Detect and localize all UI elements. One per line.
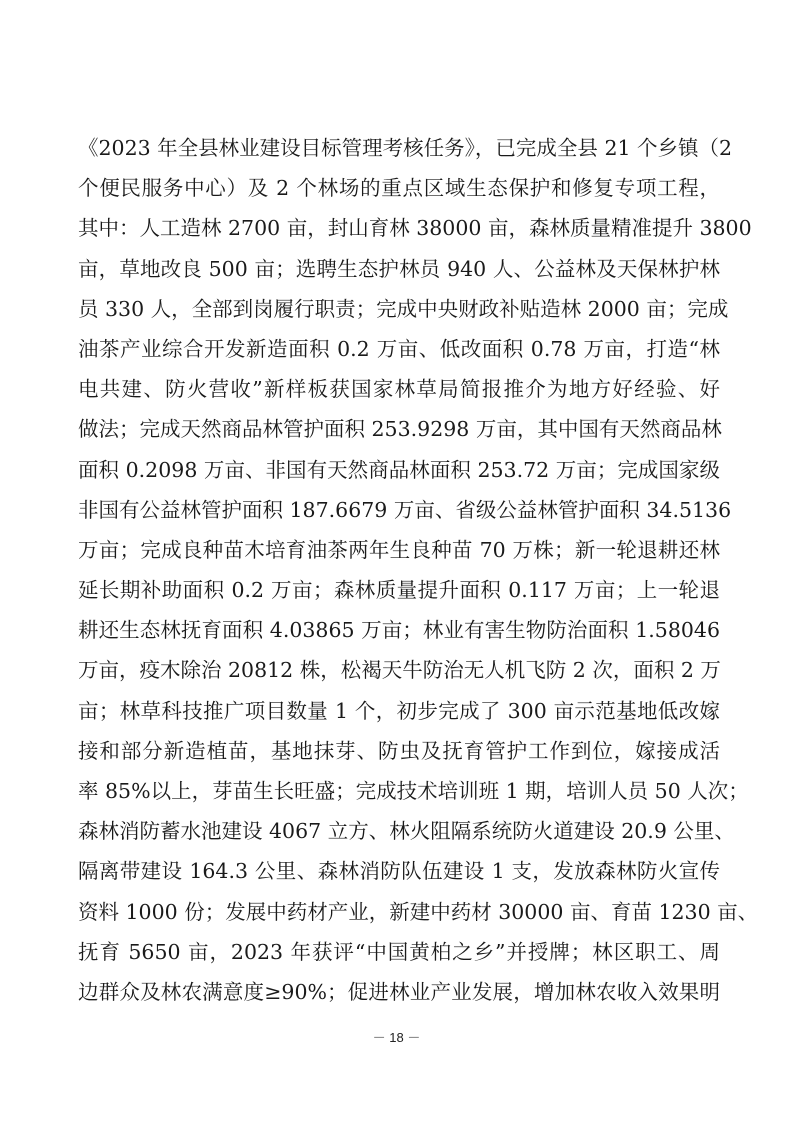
text-line: 油茶产业综合开发新造面积 0.2 万亩、低改面积 0.78 万亩，打造“林: [78, 329, 720, 369]
text-line: 边群众及林农满意度≥90%；促进林业产业发展，增加林农收入效果明: [78, 972, 720, 1012]
text-line: 员 330 人，全部到岗履行职责；完成中央财政补贴造林 2000 亩；完成: [78, 289, 720, 329]
text-line: 亩，草地改良 500 亩；选聘生态护林员 940 人、公益林及天保林护林: [78, 249, 720, 289]
text-line: 隔离带建设 164.3 公里、森林消防队伍建设 1 支，发放森林防火宣传: [78, 851, 720, 891]
body-paragraph: 《2023 年全县林业建设目标管理考核任务》，已完成全县 21 个乡镇（2 个便…: [78, 128, 720, 1012]
text-line: 电共建、防火营收”新样板获国家林草局简报推介为地方好经验、好: [78, 369, 720, 409]
text-line: 其中：人工造林 2700 亩，封山育林 38000 亩，森林质量精准提升 380…: [78, 208, 720, 248]
text-line: 亩；林草科技推广项目数量 1 个，初步完成了 300 亩示范基地低改嫁: [78, 691, 720, 731]
text-line: 资料 1000 份；发展中药材产业，新建中药材 30000 亩、育苗 1230 …: [78, 892, 720, 932]
text-line: 万亩，疫木除治 20812 株，松褐天牛防治无人机飞防 2 次，面积 2 万: [78, 650, 720, 690]
text-line: 接和部分新造植苗，基地抹芽、防虫及抚育管护工作到位，嫁接成活: [78, 731, 720, 771]
text-line: 率 85%以上，芽苗生长旺盛；完成技术培训班 1 期，培训人员 50 人次；: [78, 771, 720, 811]
text-line: 延长期补助面积 0.2 万亩；森林质量提升面积 0.117 万亩；上一轮退: [78, 570, 720, 610]
text-line: 森林消防蓄水池建设 4067 立方、林火阻隔系统防火道建设 20.9 公里、: [78, 811, 720, 851]
text-line: 非国有公益林管护面积 187.6679 万亩、省级公益林管护面积 34.5136: [78, 490, 720, 530]
page-number: － 18 －: [0, 1027, 793, 1046]
text-line: 面积 0.2098 万亩、非国有天然商品林面积 253.72 万亩；完成国家级: [78, 450, 720, 490]
text-line: 做法；完成天然商品林管护面积 253.9298 万亩，其中国有天然商品林: [78, 409, 720, 449]
text-line: 耕还生态林抚育面积 4.03865 万亩；林业有害生物防治面积 1.58046: [78, 610, 720, 650]
text-line: 《2023 年全县林业建设目标管理考核任务》，已完成全县 21 个乡镇（2: [78, 128, 720, 168]
text-line: 万亩；完成良种苗木培育油茶两年生良种苗 70 万株；新一轮退耕还林: [78, 530, 720, 570]
text-line: 抚育 5650 亩，2023 年获评“中国黄柏之乡”并授牌；林区职工、周: [78, 932, 720, 972]
document-page: 《2023 年全县林业建设目标管理考核任务》，已完成全县 21 个乡镇（2 个便…: [0, 0, 793, 1122]
text-line: 个便民服务中心）及 2 个林场的重点区域生态保护和修复专项工程，: [78, 168, 720, 208]
